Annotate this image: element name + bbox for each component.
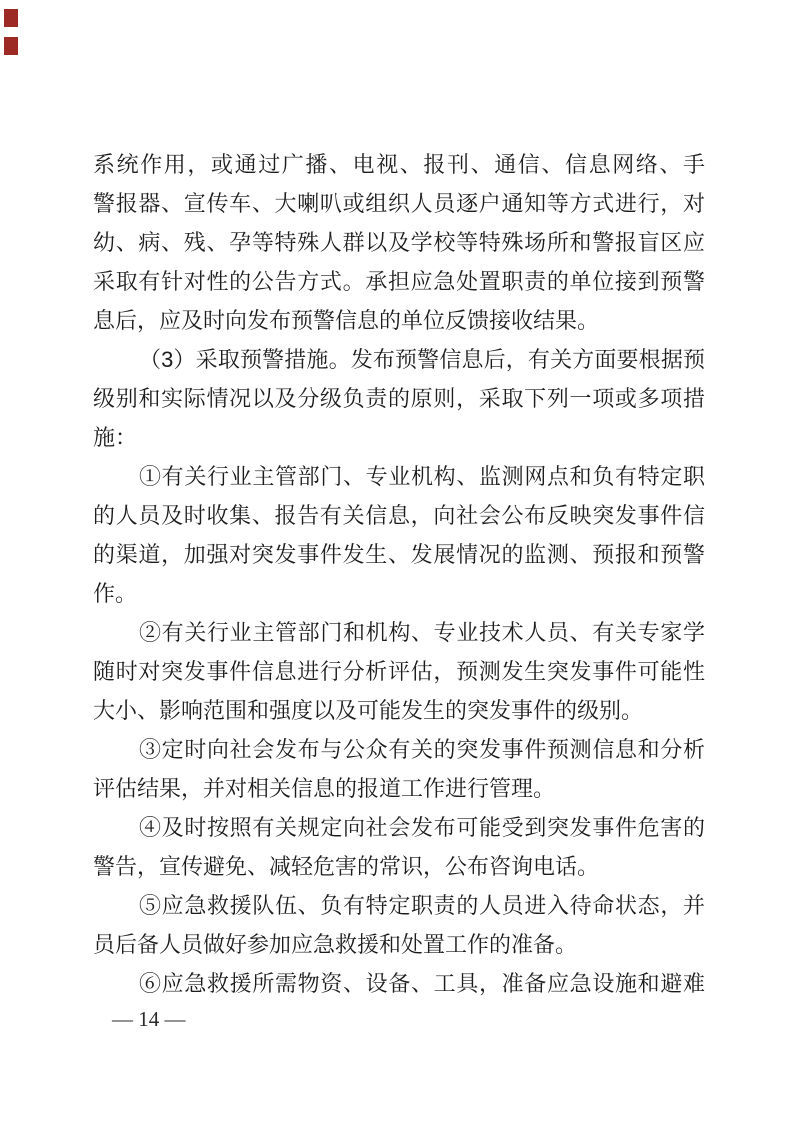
text-line paragraph-start: （3）采取预警措施。发布预警信息后，有关方面要根据预警	[93, 340, 705, 379]
text-line: 大小、影响范围和强度以及可能发生的突发事件的级别。	[93, 691, 705, 730]
text-line: 系统作用，或通过广播、电视、报刊、通信、信息网络、手机、	[93, 145, 705, 184]
text-line: 员后备人员做好参加应急救援和处置工作的准备。	[93, 925, 705, 964]
text-line list-item-1-start: ①有关行业主管部门、专业机构、监测网点和负有特定职责	[93, 457, 705, 496]
text-line list-item-4-start: ④及时按照有关规定向社会发布可能受到突发事件危害的	[93, 808, 705, 847]
text-line: 幼、病、残、孕等特殊人群以及学校等特殊场所和警报盲区应当	[93, 223, 705, 262]
text-line list-item-6-start: ⑥应急救援所需物资、设备、工具，准备应急设施和避难场	[93, 964, 705, 1003]
red-stamp-mark-bottom	[4, 37, 18, 55]
text-line: 息后，应及时向发布预警信息的单位反馈接收结果。	[93, 301, 705, 340]
text-line list-item-2-start: ②有关行业主管部门和机构、专业技术人员、有关专家学者，	[93, 613, 705, 652]
text-line: 作。	[93, 574, 705, 613]
text-line list-item-5-start: ⑤应急救援队伍、负有特定职责的人员进入待命状态，并动	[93, 886, 705, 925]
text-line: 随时对突发事件信息进行分析评估，预测发生突发事件可能性的	[93, 652, 705, 691]
text-line: 级别和实际情况以及分级负责的原则，采取下列一项或多项措	[93, 379, 705, 418]
text-line: 评估结果，并对相关信息的报道工作进行管理。	[93, 769, 705, 808]
text-line: 警告，宣传避免、减轻危害的常识，公布咨询电话。	[93, 847, 705, 886]
text-line: 采取有针对性的公告方式。承担应急处置职责的单位接到预警信	[93, 262, 705, 301]
document-text-block: 系统作用，或通过广播、电视、报刊、通信、信息网络、手机、 警报器、宣传车、大喇叭…	[93, 145, 705, 1003]
text-line: 施：	[93, 418, 705, 457]
text-line: 警报器、宣传车、大喇叭或组织人员逐户通知等方式进行，对老、	[93, 184, 705, 223]
document-page: 系统作用，或通过广播、电视、报刊、通信、信息网络、手机、 警报器、宣传车、大喇叭…	[0, 0, 793, 1122]
text-line: 的渠道，加强对突发事件发生、发展情况的监测、预报和预警工	[93, 535, 705, 574]
red-stamp-mark-top	[4, 9, 18, 27]
page-number-footer: — 14 —	[112, 1004, 186, 1034]
text-line list-item-3-start: ③定时向社会发布与公众有关的突发事件预测信息和分析	[93, 730, 705, 769]
text-line: 的人员及时收集、报告有关信息，向社会公布反映突发事件信息	[93, 496, 705, 535]
